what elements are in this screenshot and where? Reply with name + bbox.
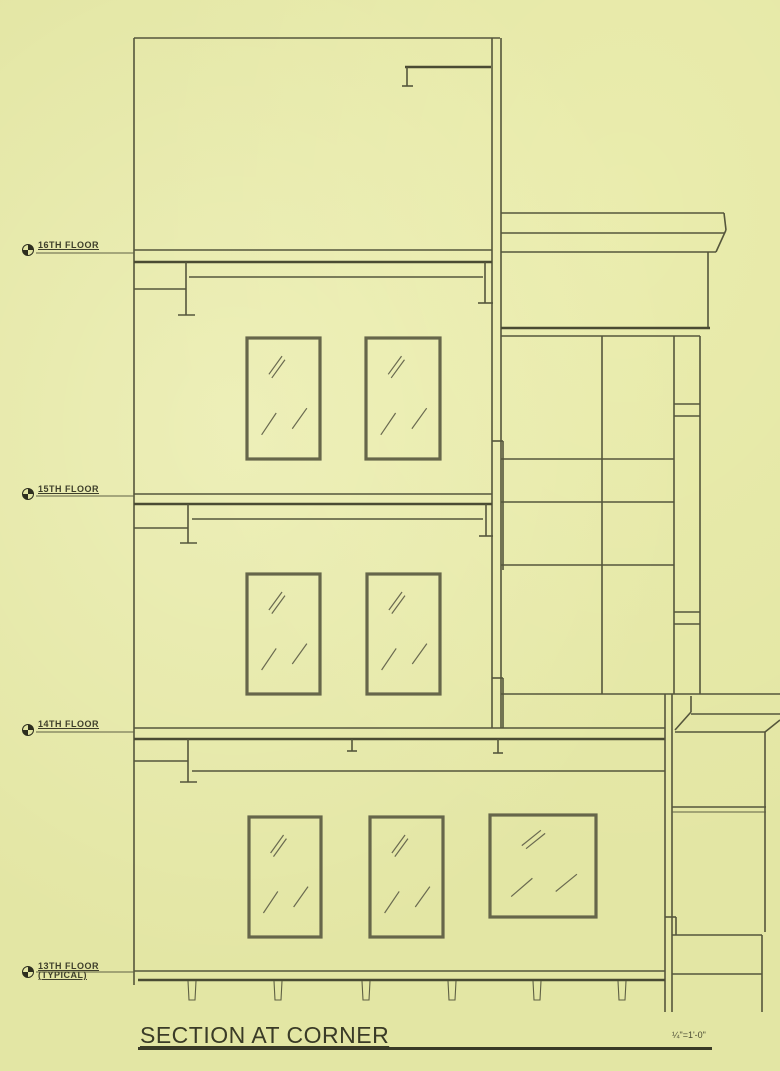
- level-marker-icon: [22, 488, 34, 500]
- outer-envelope: [134, 38, 501, 985]
- lower-corner-wall: [665, 694, 780, 1012]
- floor-label-13th: 13TH FLOOR (TYPICAL): [38, 962, 99, 980]
- window: [367, 574, 440, 694]
- section-drawing: [0, 0, 780, 1071]
- floor-label-16th: 16TH FLOOR: [38, 241, 99, 250]
- window: [490, 815, 596, 917]
- window: [249, 817, 321, 937]
- level-marker-icon: [22, 244, 34, 256]
- parapet-rail: [402, 67, 491, 86]
- drawing-scale: ¼"=1'-0": [672, 1030, 706, 1040]
- slab-16th: [134, 250, 493, 315]
- window-group: [247, 338, 596, 937]
- floor-label-14th: 14TH FLOOR: [38, 720, 99, 729]
- joist: [188, 981, 196, 1000]
- level-marker-icon: [22, 966, 34, 978]
- bay-window-elevation: [492, 336, 780, 728]
- window: [247, 338, 320, 459]
- floor-label-text: 14TH FLOOR: [38, 719, 99, 729]
- floor-label-text: 16TH FLOOR: [38, 240, 99, 250]
- title-underline: [138, 1047, 712, 1050]
- window: [366, 338, 440, 459]
- joist: [362, 981, 370, 1000]
- level-marker-icon: [22, 724, 34, 736]
- level-lines: [36, 253, 134, 972]
- floor-label-15th: 15TH FLOOR: [38, 485, 99, 494]
- slab-14th: [134, 728, 665, 782]
- floor-label-subtext: (TYPICAL): [38, 971, 99, 980]
- joist-group: [188, 981, 626, 1000]
- floor-label-text: 15TH FLOOR: [38, 484, 99, 494]
- slab-13th: [134, 971, 665, 1000]
- window: [370, 817, 443, 937]
- slab-15th: [134, 494, 493, 543]
- joist: [448, 981, 456, 1000]
- drawing-title: SECTION AT CORNER: [140, 1022, 389, 1049]
- joist: [533, 981, 541, 1000]
- upper-cornice: [501, 213, 726, 328]
- window: [247, 574, 320, 694]
- joist: [274, 981, 282, 1000]
- joist: [618, 981, 626, 1000]
- drawing-sheet: 16TH FLOOR 15TH FLOOR 14TH FLOOR 13TH FL…: [0, 0, 780, 1071]
